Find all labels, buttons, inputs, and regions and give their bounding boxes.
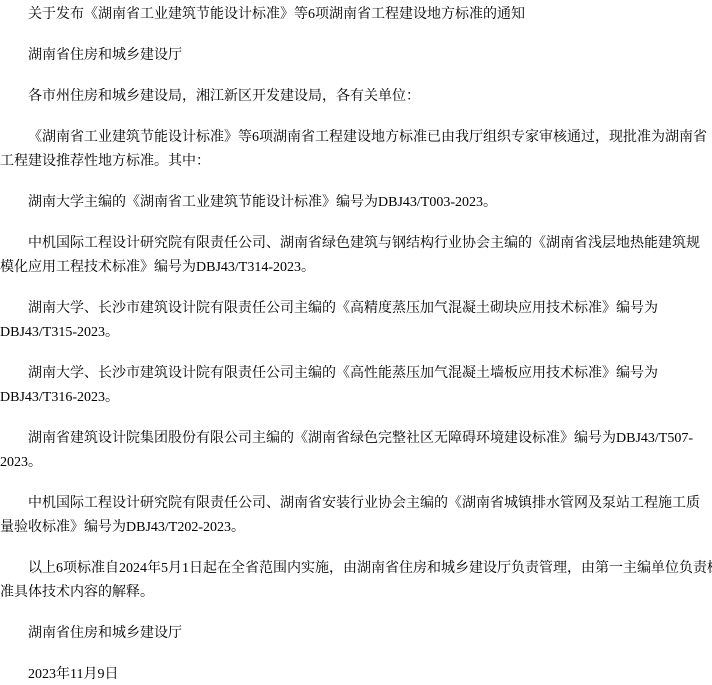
standard-item-5: 湖南省建筑设计院集团股份有限公司主编的《湖南省绿色完整社区无障碍环境建设标准》编… — [0, 427, 712, 475]
standard-item-4-line-1: 湖南大学、长沙市建筑设计院有限责任公司主编的《高性能蒸压加气混凝土墙板应用技术标… — [0, 362, 712, 386]
standard-item-3-line-2: DBJ43/T315-2023。 — [0, 321, 712, 345]
standard-item-6-line-2: 量验收标准》编号为DBJ43/T202-2023。 — [0, 516, 712, 540]
intro-line-1: 《湖南省工业建筑节能设计标准》等6项湖南省工程建设地方标准已由我厅组织专家审核通… — [0, 126, 712, 150]
notice-title-text: 关于发布《湖南省工业建筑节能设计标准》等6项湖南省工程建设地方标准的通知 — [0, 3, 712, 27]
standard-item-6: 中机国际工程设计研究院有限责任公司、湖南省安装行业协会主编的《湖南省城镇排水管网… — [0, 492, 712, 540]
standard-item-4-line-2: DBJ43/T316-2023。 — [0, 386, 712, 410]
standard-item-5-line-1: 湖南省建筑设计院集团股份有限公司主编的《湖南省绿色完整社区无障碍环境建设标准》编… — [0, 427, 712, 451]
standard-item-3: 湖南大学、长沙市建筑设计院有限责任公司主编的《高精度蒸压加气混凝土砌块应用技术标… — [0, 297, 712, 345]
salutation: 各市州住房和城乡建设局，湘江新区开发建设局，各有关单位： — [0, 85, 712, 109]
intro-paragraph: 《湖南省工业建筑节能设计标准》等6项湖南省工程建设地方标准已由我厅组织专家审核通… — [0, 126, 712, 174]
standard-item-2: 中机国际工程设计研究院有限责任公司、湖南省绿色建筑与钢结构行业协会主编的《湖南省… — [0, 232, 712, 280]
implementation-paragraph: 以上6项标准自2024年5月1日起在全省范围内实施，由湖南省住房和城乡建设厅负责… — [0, 557, 712, 605]
implementation-line-2: 准具体技术内容的解释。 — [0, 581, 712, 605]
standard-item-5-line-2: 2023。 — [0, 451, 712, 475]
issuing-agency-text: 湖南省住房和城乡建设厅 — [0, 44, 712, 68]
implementation-line-1: 以上6项标准自2024年5月1日起在全省范围内实施，由湖南省住房和城乡建设厅负责… — [0, 557, 712, 581]
intro-line-2: 工程建设推荐性地方标准。其中： — [0, 150, 712, 174]
notice-document: 关于发布《湖南省工业建筑节能设计标准》等6项湖南省工程建设地方标准的通知 湖南省… — [0, 0, 712, 685]
signature-agency-text: 湖南省住房和城乡建设厅 — [0, 622, 712, 646]
signature-agency: 湖南省住房和城乡建设厅 — [0, 622, 712, 646]
standard-item-1: 湖南大学主编的《湖南省工业建筑节能设计标准》编号为DBJ43/T003-2023… — [0, 191, 712, 215]
standard-item-2-line-1: 中机国际工程设计研究院有限责任公司、湖南省绿色建筑与钢结构行业协会主编的《湖南省… — [0, 232, 712, 256]
standard-item-2-line-2: 模化应用工程技术标准》编号为DBJ43/T314-2023。 — [0, 256, 712, 280]
standard-item-1-line-1: 湖南大学主编的《湖南省工业建筑节能设计标准》编号为DBJ43/T003-2023… — [0, 191, 712, 215]
salutation-text: 各市州住房和城乡建设局，湘江新区开发建设局，各有关单位： — [0, 85, 712, 109]
standard-item-6-line-1: 中机国际工程设计研究院有限责任公司、湖南省安装行业协会主编的《湖南省城镇排水管网… — [0, 492, 712, 516]
issuing-agency: 湖南省住房和城乡建设厅 — [0, 44, 712, 68]
signature-date: 2023年11月9日 — [0, 663, 712, 685]
standard-item-3-line-1: 湖南大学、长沙市建筑设计院有限责任公司主编的《高精度蒸压加气混凝土砌块应用技术标… — [0, 297, 712, 321]
notice-title: 关于发布《湖南省工业建筑节能设计标准》等6项湖南省工程建设地方标准的通知 — [0, 3, 712, 27]
standard-item-4: 湖南大学、长沙市建筑设计院有限责任公司主编的《高性能蒸压加气混凝土墙板应用技术标… — [0, 362, 712, 410]
signature-date-text: 2023年11月9日 — [0, 663, 712, 685]
